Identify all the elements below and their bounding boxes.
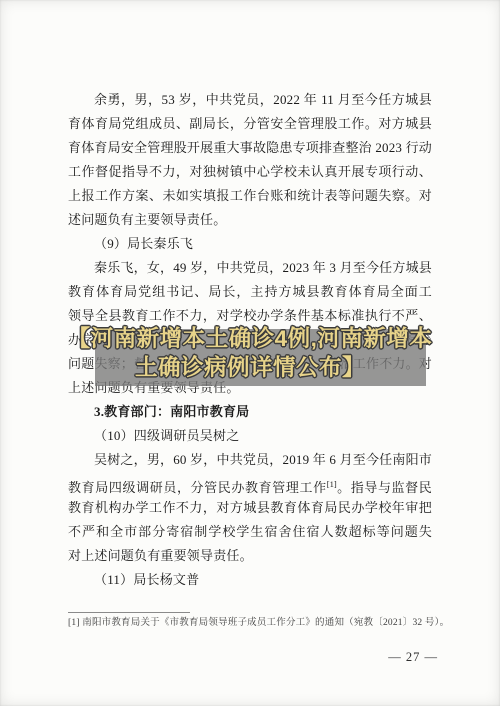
text-line: 对上述问题负有重要领导责任。 <box>68 544 432 568</box>
overlay-banner-line2: 土确诊病例详情公布】 <box>25 354 475 383</box>
text-line: 述问题负有主要领导责任。 <box>68 208 432 232</box>
text-line: 育体育局安全管理股开展重大事故隐患专项排查整治 2023 行动 <box>68 136 432 160</box>
footnote-separator <box>68 612 190 613</box>
overlay-banner-text: 【河南新增本土确诊4例,河南新增本 土确诊病例详情公布】 <box>25 325 475 382</box>
text-line: 余勇，男，53 岁，中共党员，2022 年 11 月至今任方城县教 <box>68 88 432 112</box>
overlay-banner-line1: 【河南新增本土确诊4例,河南新增本 <box>25 325 475 354</box>
page-number: — 27 — <box>388 650 438 665</box>
text-line: （10）四级调研员吴树之 <box>68 424 432 448</box>
text-line: 3.教育部门：南阳市教育局 <box>68 400 432 424</box>
text-line: 秦乐飞，女，49 岁，中共党员，2023 年 3 月至今任方城县 <box>68 256 432 280</box>
text-line: 育体育局党组成员、副局长，分管安全管理股工作。对方城县教 <box>68 112 432 136</box>
text-line: （9）局长秦乐飞 <box>68 232 432 256</box>
text-line: 教育机构办学工作不力，对方城县教育体育局民办学校年审把关 <box>68 496 432 520</box>
text-line: 教育局四级调研员，分管民办教育管理工作[1]。指导与监督民办 <box>68 472 432 496</box>
text-line: 工作督促指导不力，对独树镇中心学校未认真开展专项行动、未 <box>68 160 432 184</box>
text-line: 教育体育局党组书记、局长，主持方城县教育体育局全面工作。 <box>68 280 432 304</box>
document-page: 余勇，男，53 岁，中共党员，2022 年 11 月至今任方城县教育体育局党组成… <box>0 0 500 706</box>
text-line: 不严和全市部分寄宿制学校学生宿舍住宿人数超标等问题失察。 <box>68 520 432 544</box>
text-line: （11）局长杨文普 <box>68 568 432 592</box>
text-line: 吴树之，男，60 岁，中共党员，2019 年 6 月至今任南阳市 <box>68 448 432 472</box>
footnote-text: [1] 南阳市教育局关于《市教育局领导班子成员工作分工》的通知（宛教〔2021〕… <box>68 617 398 630</box>
text-line: 上报工作方案、未如实填报工作台账和统计表等问题失察。对上 <box>68 184 432 208</box>
